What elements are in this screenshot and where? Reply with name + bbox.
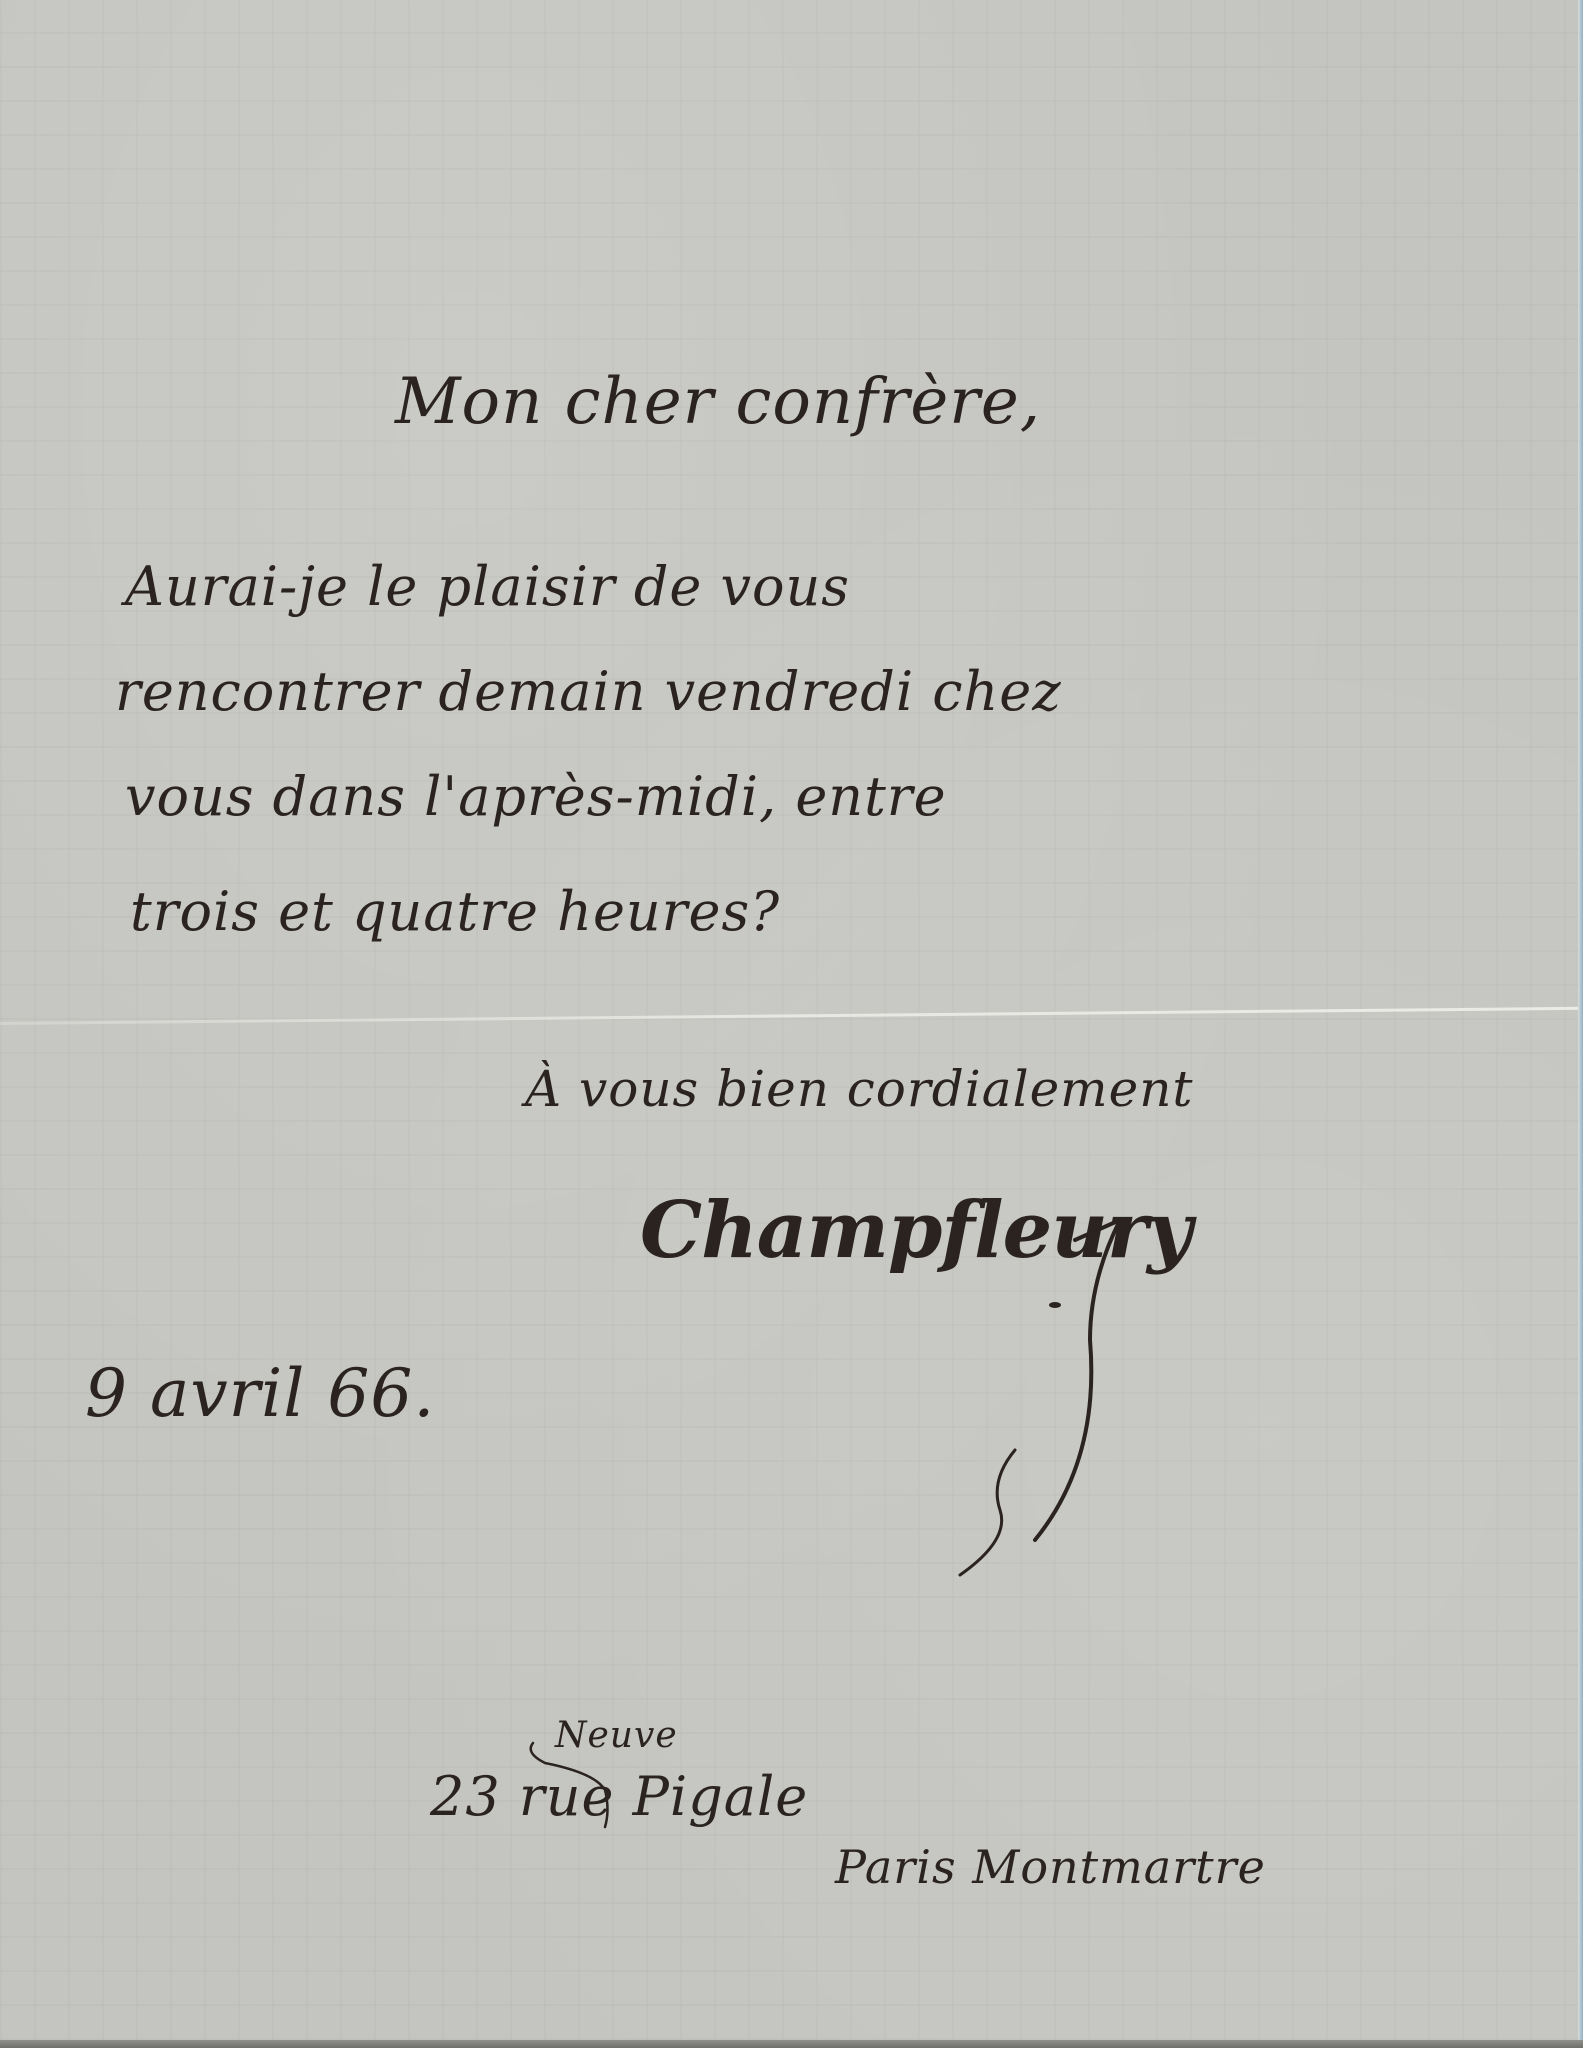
body-line-3: vous dans l'après-midi, entre (125, 765, 947, 828)
closing-phrase: À vous bien cordialement (525, 1060, 1193, 1118)
body-line-1: Aurai-je le plaisir de vous (125, 555, 850, 618)
letter-date: 9 avril 66. (85, 1355, 435, 1432)
body-line-4: trois et quatre heures? (130, 880, 780, 943)
body-line-2: rencontrer demain vendredi chez (115, 660, 1062, 723)
signature-flourish-icon (940, 1220, 1140, 1580)
paper-right-edge (1578, 0, 1583, 2048)
salutation: Mon cher confrère, (395, 365, 1041, 439)
address-street: 23 rue Pigale (430, 1765, 808, 1828)
paper-bottom-edge (0, 2040, 1583, 2048)
address-city: Paris Montmartre (835, 1840, 1266, 1894)
